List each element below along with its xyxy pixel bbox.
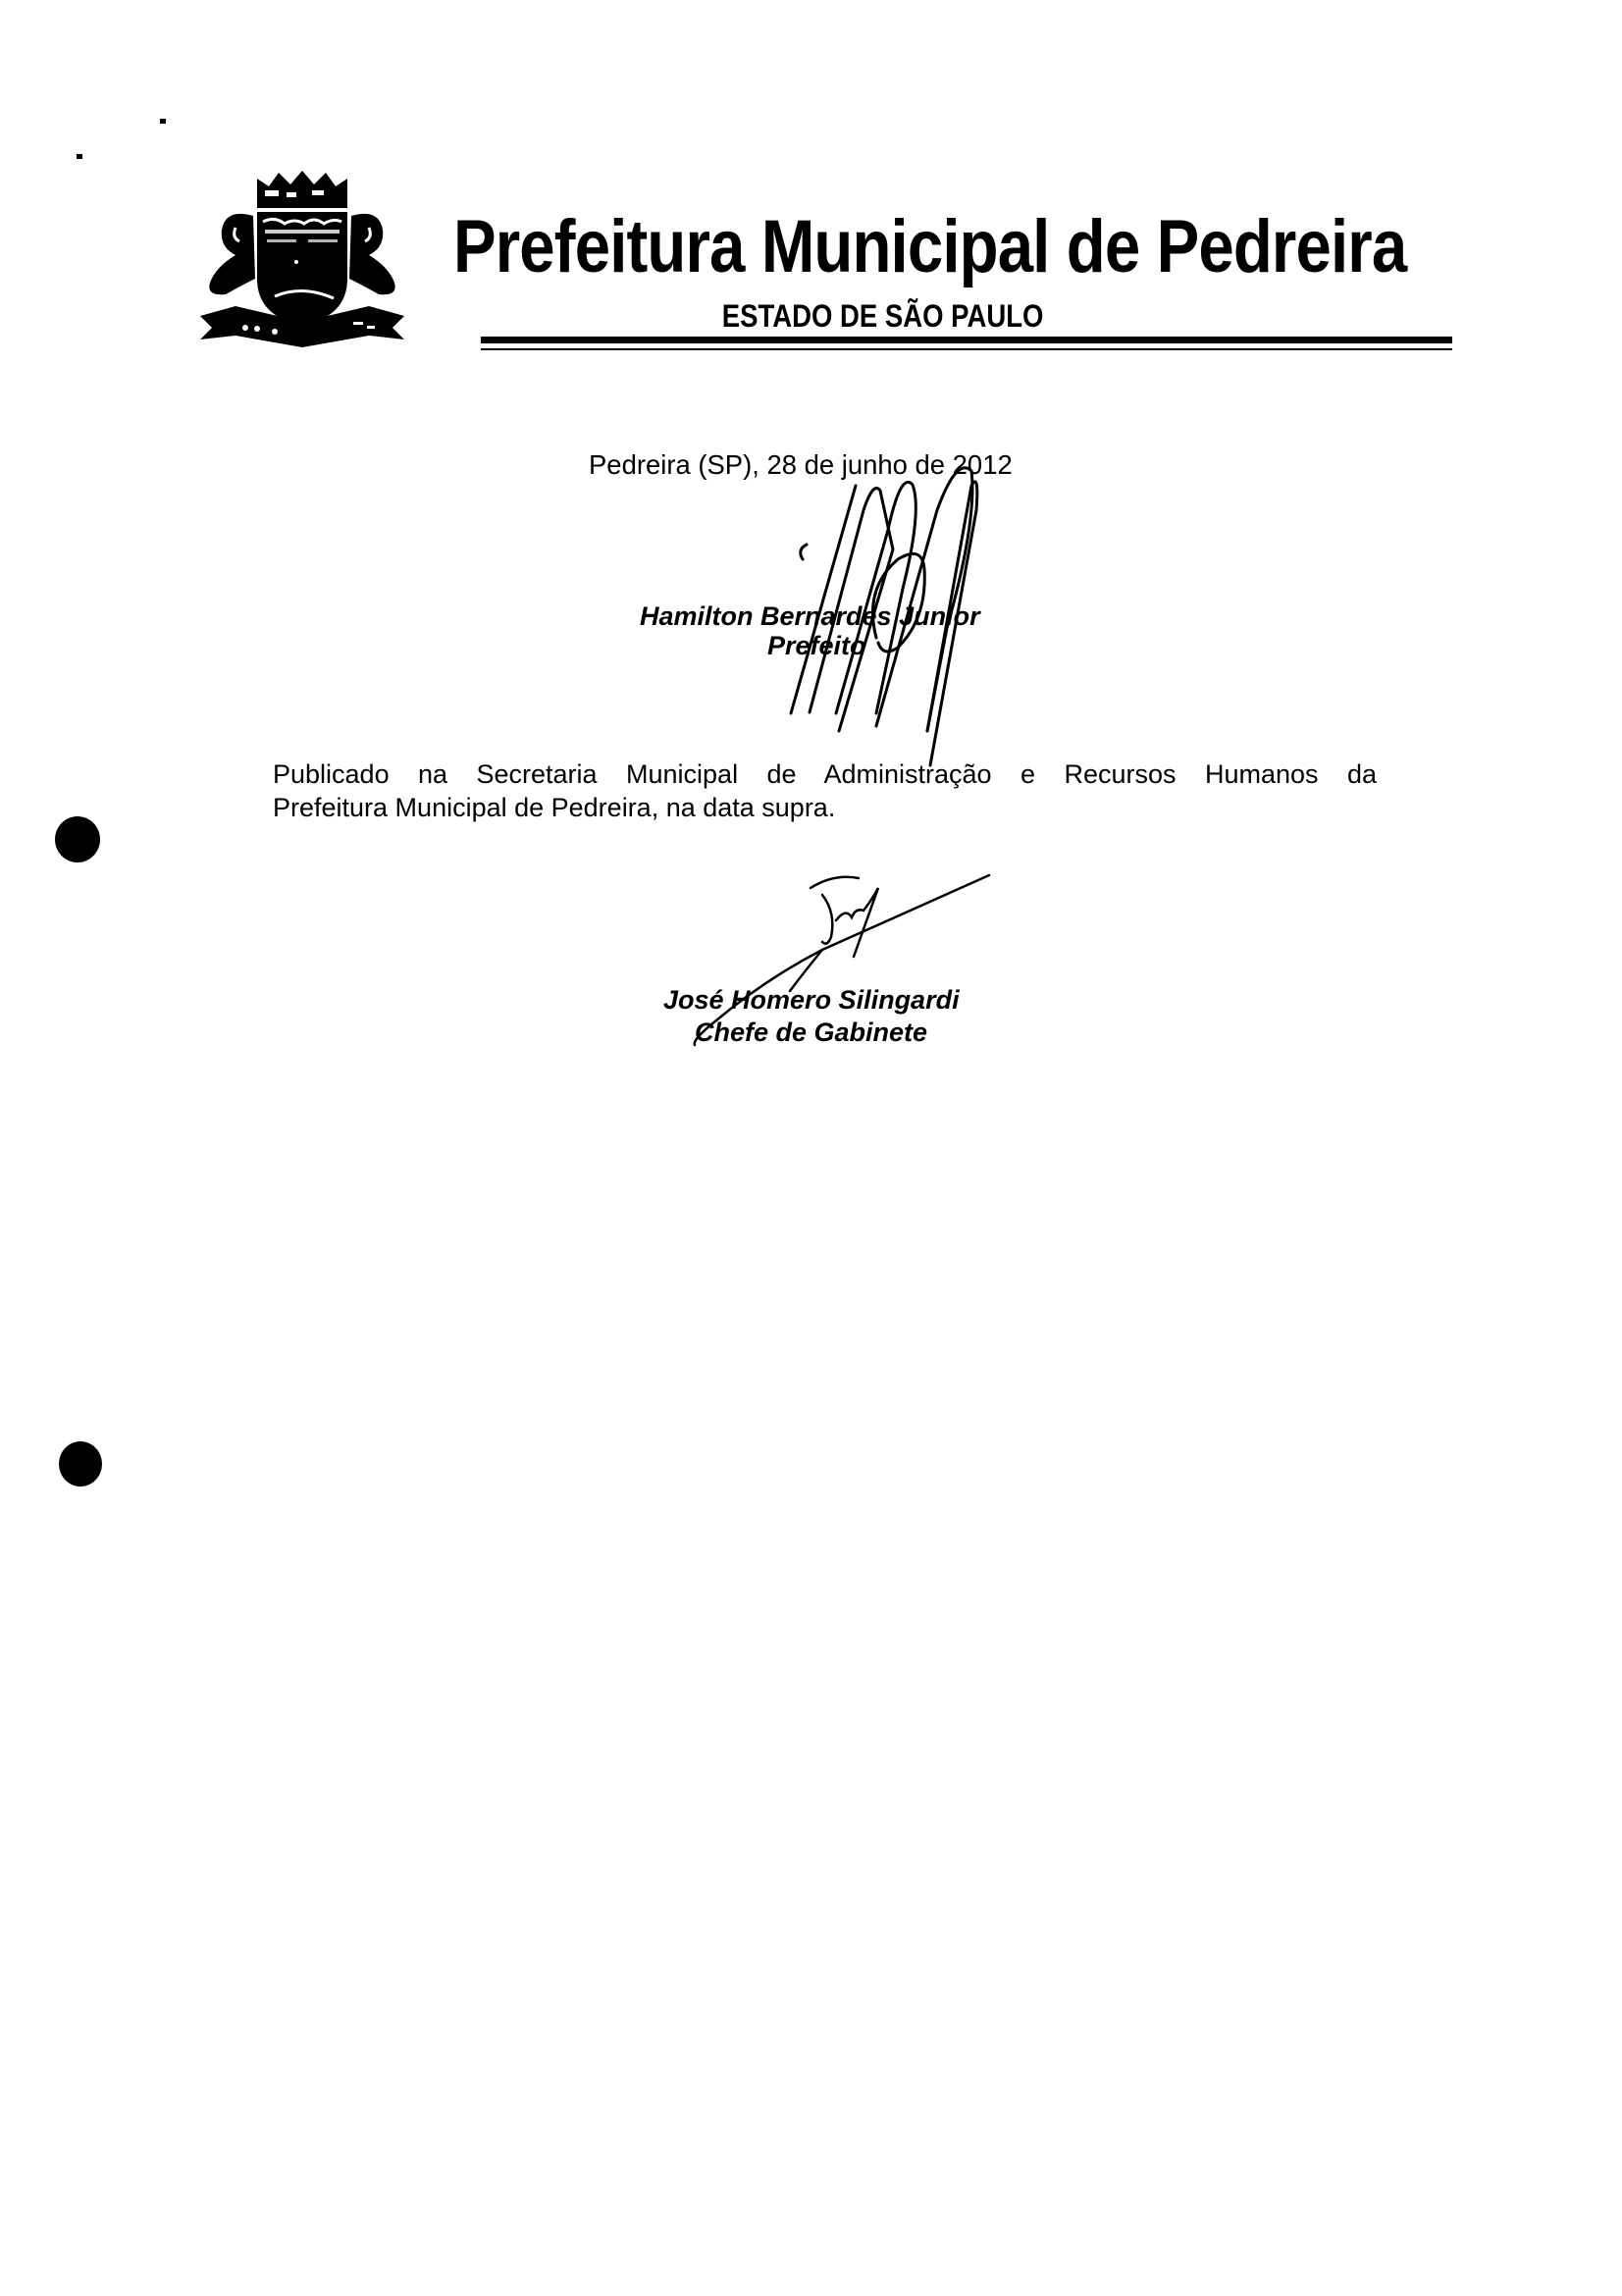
punch-hole [59,1441,102,1487]
signatory-2-name: José Homero Silingardi [663,985,960,1016]
signatory-2-role: Chefe de Gabinete [695,1018,927,1048]
handwritten-signature-2 [0,0,1622,1079]
